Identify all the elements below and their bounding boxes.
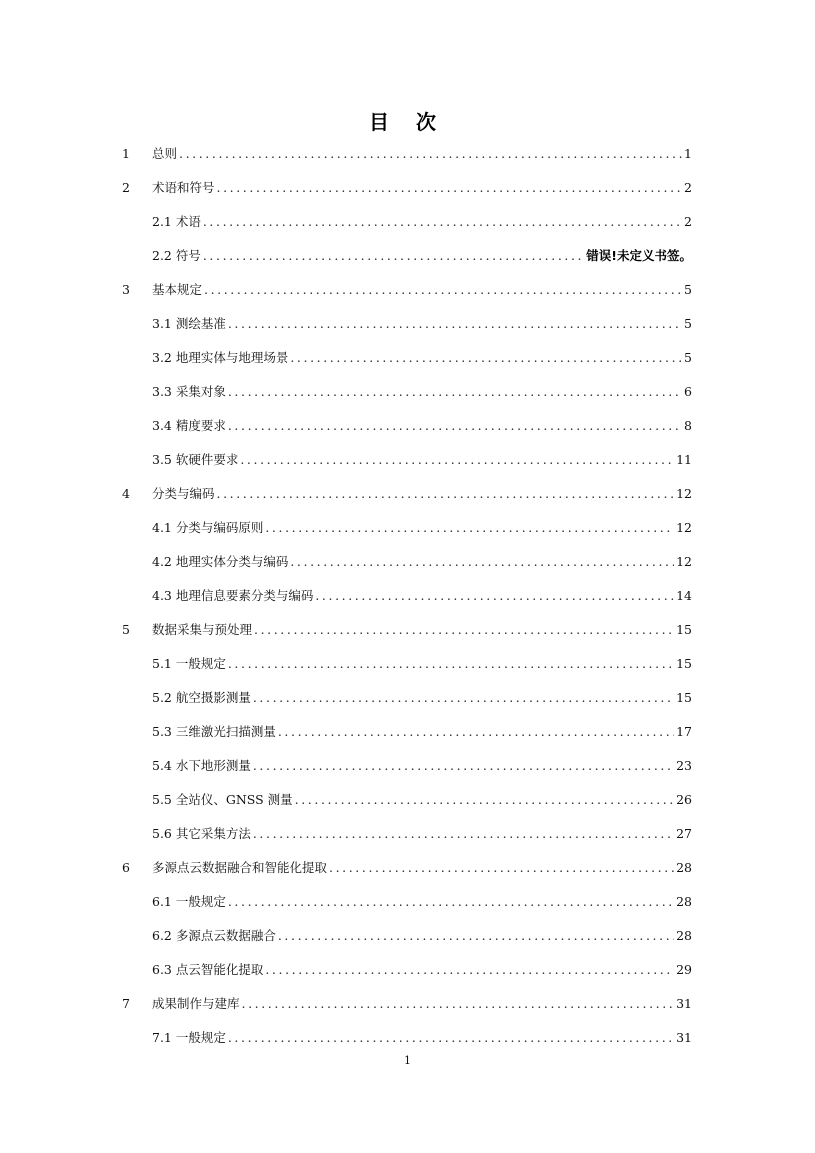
dot-leader [290,348,682,368]
dot-leader [253,824,674,844]
toc-entry-page: 31 [676,994,692,1014]
toc-entry[interactable]: 6.1 一般规定28 [122,892,692,912]
toc-entry-label[interactable]: 多源点云数据融合和智能化提取 [152,858,327,878]
toc-entry-number: 7 [122,994,152,1014]
toc-entry-page: 23 [676,756,692,776]
toc-entry-label[interactable]: 2.2 符号 [152,246,201,266]
toc-entry[interactable]: 3.4 精度要求8 [122,416,692,436]
toc-entry-label[interactable]: 4.3 地理信息要素分类与编码 [152,586,313,606]
bookmark-error-text: 错误!未定义书签。 [586,246,692,266]
toc-entry[interactable]: 7.1 一般规定31 [122,1028,692,1048]
toc-entry[interactable]: 2术语和符号2 [122,178,692,198]
toc-title: 目 次 [0,106,815,135]
toc-entry-page: 29 [676,960,692,980]
dot-leader [265,518,674,538]
toc-entry-number: 1 [122,144,152,164]
toc-entry-page: 15 [676,620,692,640]
toc-entry[interactable]: 3.1 测绘基准5 [122,314,692,334]
toc-entry[interactable]: 5.6 其它采集方法27 [122,824,692,844]
toc-entry-page: 14 [676,586,692,606]
toc-entry-number: 2 [122,178,152,198]
toc-entry[interactable]: 4.1 分类与编码原则12 [122,518,692,538]
toc-entry-page: 1 [684,144,692,164]
toc-entry-number: 3 [122,280,152,300]
toc-entry-label[interactable]: 4.1 分类与编码原则 [152,518,263,538]
toc-entry[interactable]: 5.2 航空摄影测量15 [122,688,692,708]
toc-entry-label[interactable]: 3.2 地理实体与地理场景 [152,348,288,368]
toc-entry[interactable]: 2.2 符号错误!未定义书签。 [122,246,692,266]
toc-entry-label[interactable]: 基本规定 [152,280,202,300]
toc-entry[interactable]: 5.5 全站仪、GNSS 测量26 [122,790,692,810]
toc-entry-number: 4 [122,484,152,504]
toc-entry-page: 28 [676,892,692,912]
dot-leader [240,450,674,470]
toc-entry-page: 31 [676,1028,692,1048]
dot-leader [290,552,674,572]
dot-leader [204,280,682,300]
dot-leader [278,722,674,742]
toc-entry-label[interactable]: 术语和符号 [152,178,215,198]
toc-entry-label[interactable]: 4.2 地理实体分类与编码 [152,552,288,572]
toc-entry-page: 2 [684,212,692,232]
dot-leader [254,620,674,640]
toc-entry[interactable]: 5数据采集与预处理15 [122,620,692,640]
toc-entry-page: 17 [676,722,692,742]
dot-leader [228,654,674,674]
toc-entry-page: 5 [684,314,692,334]
dot-leader [217,484,675,504]
page-footer-number: 1 [0,1054,815,1067]
toc-entry-page: 12 [676,552,692,572]
document-page: 目 次 1总则12术语和符号22.1 术语22.2 符号错误!未定义书签。3基本… [0,0,815,1153]
toc-entry[interactable]: 3基本规定5 [122,280,692,300]
toc-entry[interactable]: 1总则1 [122,144,692,164]
toc-entry[interactable]: 5.4 水下地形测量23 [122,756,692,776]
toc-entry-page: 11 [676,450,692,470]
toc-entry-page: 27 [676,824,692,844]
dot-leader [242,994,675,1014]
dot-leader [265,960,674,980]
dot-leader [329,858,674,878]
toc-entry-label[interactable]: 6.3 点云智能化提取 [152,960,263,980]
toc-entry[interactable]: 5.3 三维激光扫描测量17 [122,722,692,742]
toc-entry-label[interactable]: 3.5 软硬件要求 [152,450,238,470]
dot-leader [278,926,674,946]
toc-entry-page: 12 [676,484,692,504]
toc-entry-label[interactable]: 5.1 一般规定 [152,654,226,674]
toc-entry-label[interactable]: 6.2 多源点云数据融合 [152,926,276,946]
dot-leader [315,586,674,606]
dot-leader [253,688,674,708]
toc-entry[interactable]: 6.3 点云智能化提取29 [122,960,692,980]
dot-leader [228,314,682,334]
toc-entry-label[interactable]: 3.3 采集对象 [152,382,226,402]
toc-entry-label[interactable]: 7.1 一般规定 [152,1028,226,1048]
dot-leader [228,382,682,402]
toc-entry[interactable]: 4.2 地理实体分类与编码12 [122,552,692,572]
dot-leader [228,1028,674,1048]
toc-entry-label[interactable]: 3.4 精度要求 [152,416,226,436]
toc-entry[interactable]: 6多源点云数据融合和智能化提取28 [122,858,692,878]
toc-entry-label[interactable]: 5.6 其它采集方法 [152,824,251,844]
toc-entry-number: 5 [122,620,152,640]
toc-entry[interactable]: 2.1 术语2 [122,212,692,232]
toc-entry-label[interactable]: 5.4 水下地形测量 [152,756,251,776]
toc-entry-page: 26 [676,790,692,810]
toc-entry-label[interactable]: 数据采集与预处理 [152,620,252,640]
toc-entry-label[interactable]: 成果制作与建库 [152,994,240,1014]
toc-entry-page: 8 [684,416,692,436]
toc-entry-label[interactable]: 5.2 航空摄影测量 [152,688,251,708]
toc-entry[interactable]: 6.2 多源点云数据融合28 [122,926,692,946]
dot-leader [203,212,682,232]
toc-entry-page: 15 [676,654,692,674]
dot-leader [203,246,584,266]
toc-entry-page: 6 [684,382,692,402]
toc-entry[interactable]: 3.5 软硬件要求11 [122,450,692,470]
toc-entry-number: 6 [122,858,152,878]
toc-entry-page: 15 [676,688,692,708]
toc-entry-label[interactable]: 2.1 术语 [152,212,201,232]
toc-entry[interactable]: 4.3 地理信息要素分类与编码14 [122,586,692,606]
toc-entry[interactable]: 3.2 地理实体与地理场景5 [122,348,692,368]
toc-entry-label[interactable]: 分类与编码 [152,484,215,504]
toc-entry-page: 28 [676,926,692,946]
toc-entry-page: 5 [684,280,692,300]
toc-entry-page: 2 [684,178,692,198]
toc-entry-label[interactable]: 5.3 三维激光扫描测量 [152,722,276,742]
dot-leader [295,790,674,810]
toc-entry-page: 28 [676,858,692,878]
toc-entry-label[interactable]: 6.1 一般规定 [152,892,226,912]
toc-entry-label[interactable]: 5.5 全站仪、GNSS 测量 [152,790,293,810]
toc-entry[interactable]: 5.1 一般规定15 [122,654,692,674]
dot-leader [228,416,682,436]
toc-entry[interactable]: 4分类与编码12 [122,484,692,504]
toc-entry[interactable]: 3.3 采集对象6 [122,382,692,402]
dot-leader [217,178,683,198]
dot-leader [253,756,674,776]
toc-entry-label[interactable]: 3.1 测绘基准 [152,314,226,334]
dot-leader [179,144,682,164]
toc-entry-page: 12 [676,518,692,538]
toc-entry-page: 5 [684,348,692,368]
toc-entry-label[interactable]: 总则 [152,144,177,164]
toc-entry[interactable]: 7成果制作与建库31 [122,994,692,1014]
dot-leader [228,892,674,912]
